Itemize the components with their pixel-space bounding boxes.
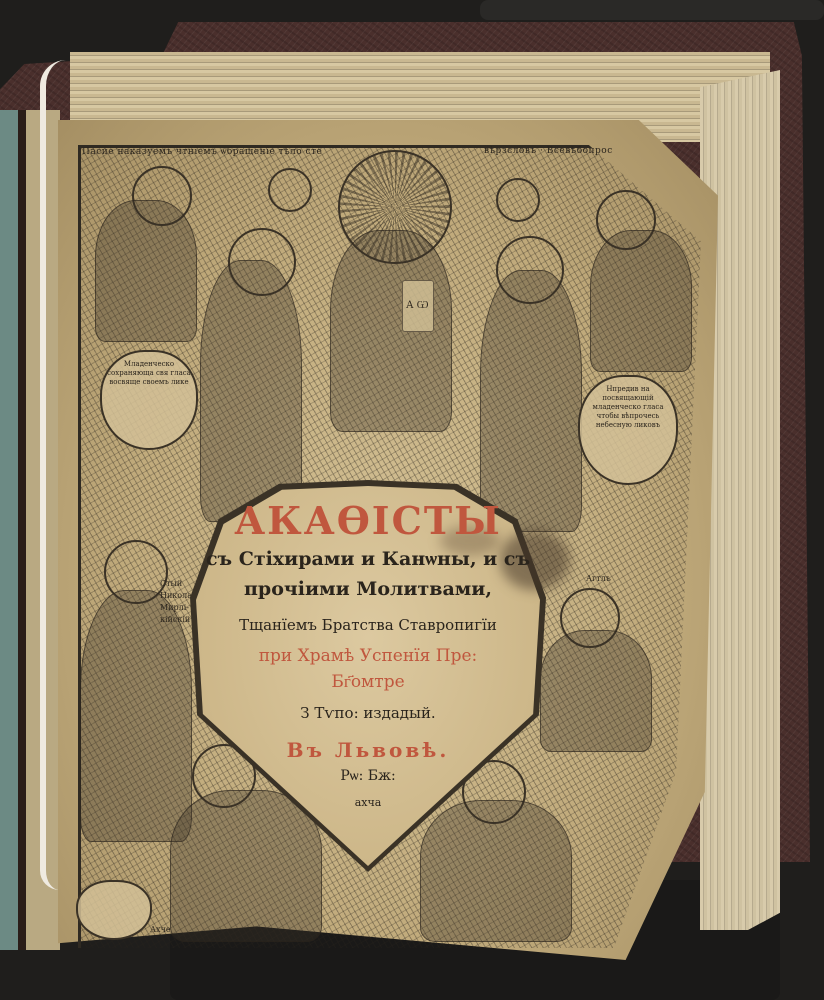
angel-right-figure <box>590 230 692 372</box>
place-of-printing: Въ Львовѣ. <box>196 738 540 762</box>
saint-nicholas-figure <box>80 590 192 842</box>
title-line-5: Бг҃омтре <box>196 672 540 692</box>
christ-book-letters: А Ѡ <box>406 300 428 311</box>
frieze-text-right: вѣрзсловъ · Всевѣбопрос <box>484 146 613 156</box>
angel-lower-right-figure <box>540 630 652 752</box>
mary-figure <box>200 260 302 522</box>
angel-caption: Агтлъ <box>586 574 611 583</box>
monk-left-figure <box>170 790 322 942</box>
frieze-text-left: Пасие наказуемъ чтнїемъ ѿбращенїе тѣло с… <box>82 146 322 157</box>
title-line-2: прочіими Молитвами, <box>196 578 540 600</box>
scroll-left: Младенческо сохраняюща свя гласа восвяще… <box>100 350 198 450</box>
scroll-right: Нпредив на посвящающій младенческо гласа… <box>578 375 678 485</box>
title-line-4: при Храмѣ Успенїя Пре: <box>196 646 540 666</box>
year-line: Рѡ: Бж: <box>196 768 540 785</box>
title-line-1: съ Стіхирами и Канѡны, и съ <box>196 548 540 571</box>
john-baptist-figure <box>480 270 582 532</box>
book-title: АКАѲІСТЫ <box>196 498 540 543</box>
christ-figure <box>330 230 452 432</box>
angel-left-figure <box>95 200 197 342</box>
title-line-6: З Тѵпо: издадый. <box>196 704 540 722</box>
background-panel-top <box>480 0 824 20</box>
year-numerals: ахча <box>196 796 540 809</box>
bottom-caption: Ахче <box>150 925 171 934</box>
title-line-3: Тщанїемъ Братства Ставропигїи <box>196 616 540 634</box>
scroll-bottom-left <box>76 880 152 940</box>
monk-right-figure <box>420 800 572 942</box>
cherub-left <box>268 168 312 212</box>
cherub-right <box>496 178 540 222</box>
